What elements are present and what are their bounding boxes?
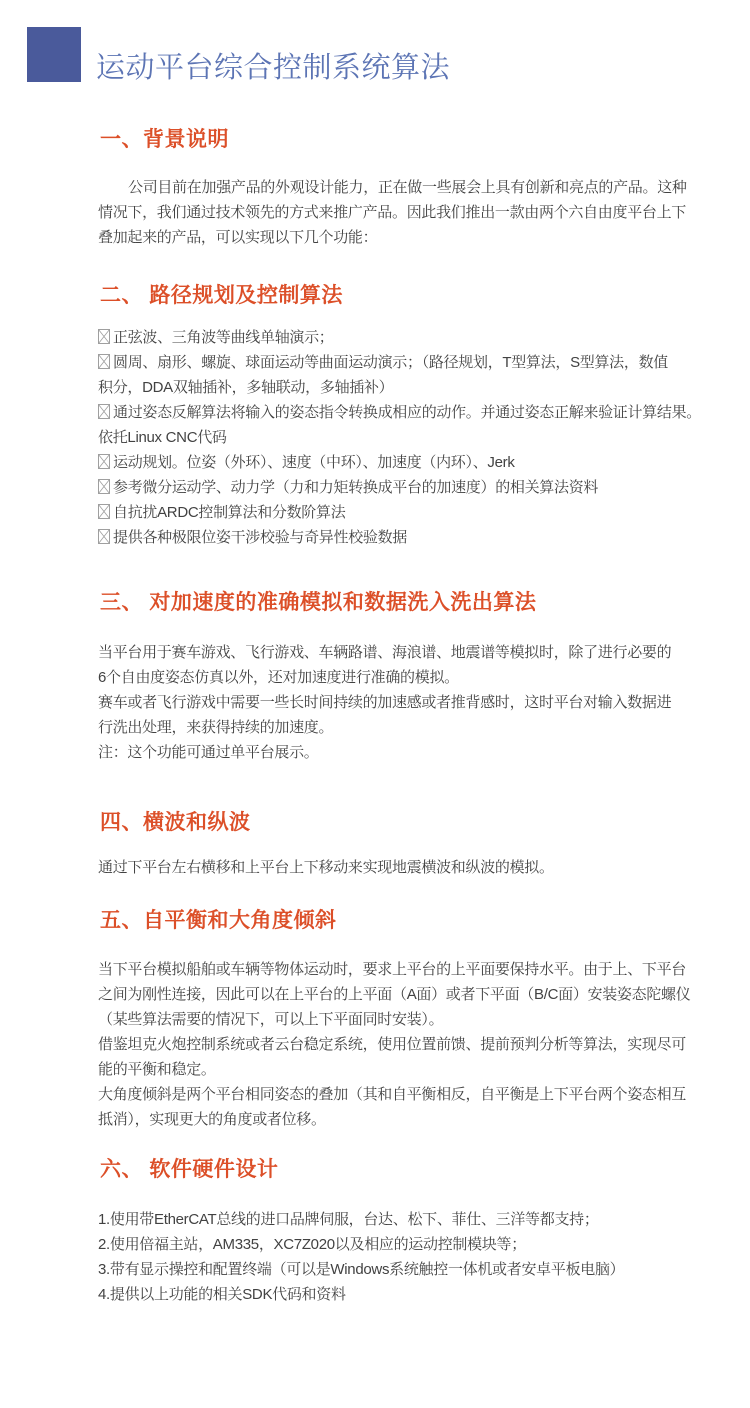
paragraph: 当下平台模拟船舶或车辆等物体运动时，要求上平台的上平面要保持水平。由于上、下平台… — [98, 957, 718, 1132]
section-self-balance-tilt: 五、自平衡和大角度倾斜 当下平台模拟船舶或车辆等物体运动时，要求上平台的上平面要… — [98, 908, 718, 1132]
list-item: 通过姿态反解算法将输入的姿态指令转换成相应的动作。并通过姿态正解来验证计算结果。… — [98, 400, 718, 450]
section-heading: 三、 对加速度的准确模拟和数据洗入洗出算法 — [100, 590, 718, 616]
list-item-text: 提供各种极限位姿干涉校验与奇异性校验数据 — [113, 529, 407, 546]
list-item-text: 圆周、扇形、螺旋、球面运动等曲面运动演示；（路径规划，T型算法，S型算法，数值 … — [98, 354, 668, 396]
missing-glyph-bullet-icon — [98, 504, 110, 519]
list-item: 圆周、扇形、螺旋、球面运动等曲面运动演示；（路径规划，T型算法，S型算法，数值 … — [98, 350, 718, 400]
paragraph: 1.使用带EtherCAT总线的进口品牌伺服，台达、松下、菲仕、三洋等都支持； … — [98, 1207, 718, 1307]
section-heading: 五、自平衡和大角度倾斜 — [100, 908, 718, 934]
missing-glyph-bullet-icon — [98, 479, 110, 494]
list-item: 提供各种极限位姿干涉校验与奇异性校验数据 — [98, 525, 718, 550]
missing-glyph-bullet-icon — [98, 454, 110, 469]
title-accent-square — [27, 27, 81, 82]
missing-glyph-bullet-icon — [98, 529, 110, 544]
list-item: 正弦波、三角波等曲线单轴演示； — [98, 325, 718, 350]
document-header: 运动平台综合控制系统算法 — [0, 0, 750, 90]
list-item-text: 正弦波、三角波等曲线单轴演示； — [113, 329, 334, 346]
page-title: 运动平台综合控制系统算法 — [96, 51, 450, 85]
missing-glyph-bullet-icon — [98, 404, 110, 419]
section-software-hardware-design: 六、 软件硬件设计 1.使用带EtherCAT总线的进口品牌伺服，台达、松下、菲… — [98, 1157, 718, 1307]
list-item: 自抗扰ARDC控制算法和分数阶算法 — [98, 500, 718, 525]
section-acceleration-washout: 三、 对加速度的准确模拟和数据洗入洗出算法 当平台用于赛车游戏、飞行游戏、车辆路… — [98, 590, 718, 765]
list-item: 参考微分运动学、动力学（力和力矩转换成平台的加速度）的相关算法资料 — [98, 475, 718, 500]
missing-glyph-bullet-icon — [98, 354, 110, 369]
section-background: 一、背景说明 公司目前在加强产品的外观设计能力，正在做一些展会上具有创新和亮点的… — [98, 127, 718, 250]
paragraph: 当平台用于赛车游戏、飞行游戏、车辆路谱、海浪谱、地震谱等模拟时，除了进行必要的 … — [98, 640, 718, 765]
section-heading: 二、 路径规划及控制算法 — [100, 283, 718, 309]
list-item: 运动规划。位姿（外环）、速度（中环）、加速度（内环）、Jerk — [98, 450, 718, 475]
paragraph: 通过下平台左右横移和上平台上下移动来实现地震横波和纵波的模拟。 — [98, 855, 718, 880]
list-item-text: 通过姿态反解算法将输入的姿态指令转换成相应的动作。并通过姿态正解来验证计算结果。… — [98, 404, 701, 446]
document-body: 一、背景说明 公司目前在加强产品的外观设计能力，正在做一些展会上具有创新和亮点的… — [0, 127, 718, 1307]
section-heading: 一、背景说明 — [100, 127, 718, 153]
list-item-text: 自抗扰ARDC控制算法和分数阶算法 — [113, 504, 345, 521]
list-item-text: 参考微分运动学、动力学（力和力矩转换成平台的加速度）的相关算法资料 — [113, 479, 598, 496]
section-heading: 六、 软件硬件设计 — [100, 1157, 718, 1183]
list-item-text: 运动规划。位姿（外环）、速度（中环）、加速度（内环）、Jerk — [113, 454, 515, 471]
section-heading: 四、横波和纵波 — [100, 810, 718, 836]
paragraph: 公司目前在加强产品的外观设计能力，正在做一些展会上具有创新和亮点的产品。这种 情… — [98, 175, 718, 250]
section-path-planning: 二、 路径规划及控制算法 正弦波、三角波等曲线单轴演示； 圆周、扇形、螺旋、球面… — [98, 283, 718, 550]
section-transverse-longitudinal-waves: 四、横波和纵波 通过下平台左右横移和上平台上下移动来实现地震横波和纵波的模拟。 — [98, 810, 718, 880]
feature-list: 正弦波、三角波等曲线单轴演示； 圆周、扇形、螺旋、球面运动等曲面运动演示；（路径… — [98, 325, 718, 550]
missing-glyph-bullet-icon — [98, 329, 110, 344]
document-page: 运动平台综合控制系统算法 一、背景说明 公司目前在加强产品的外观设计能力，正在做… — [0, 0, 750, 1408]
